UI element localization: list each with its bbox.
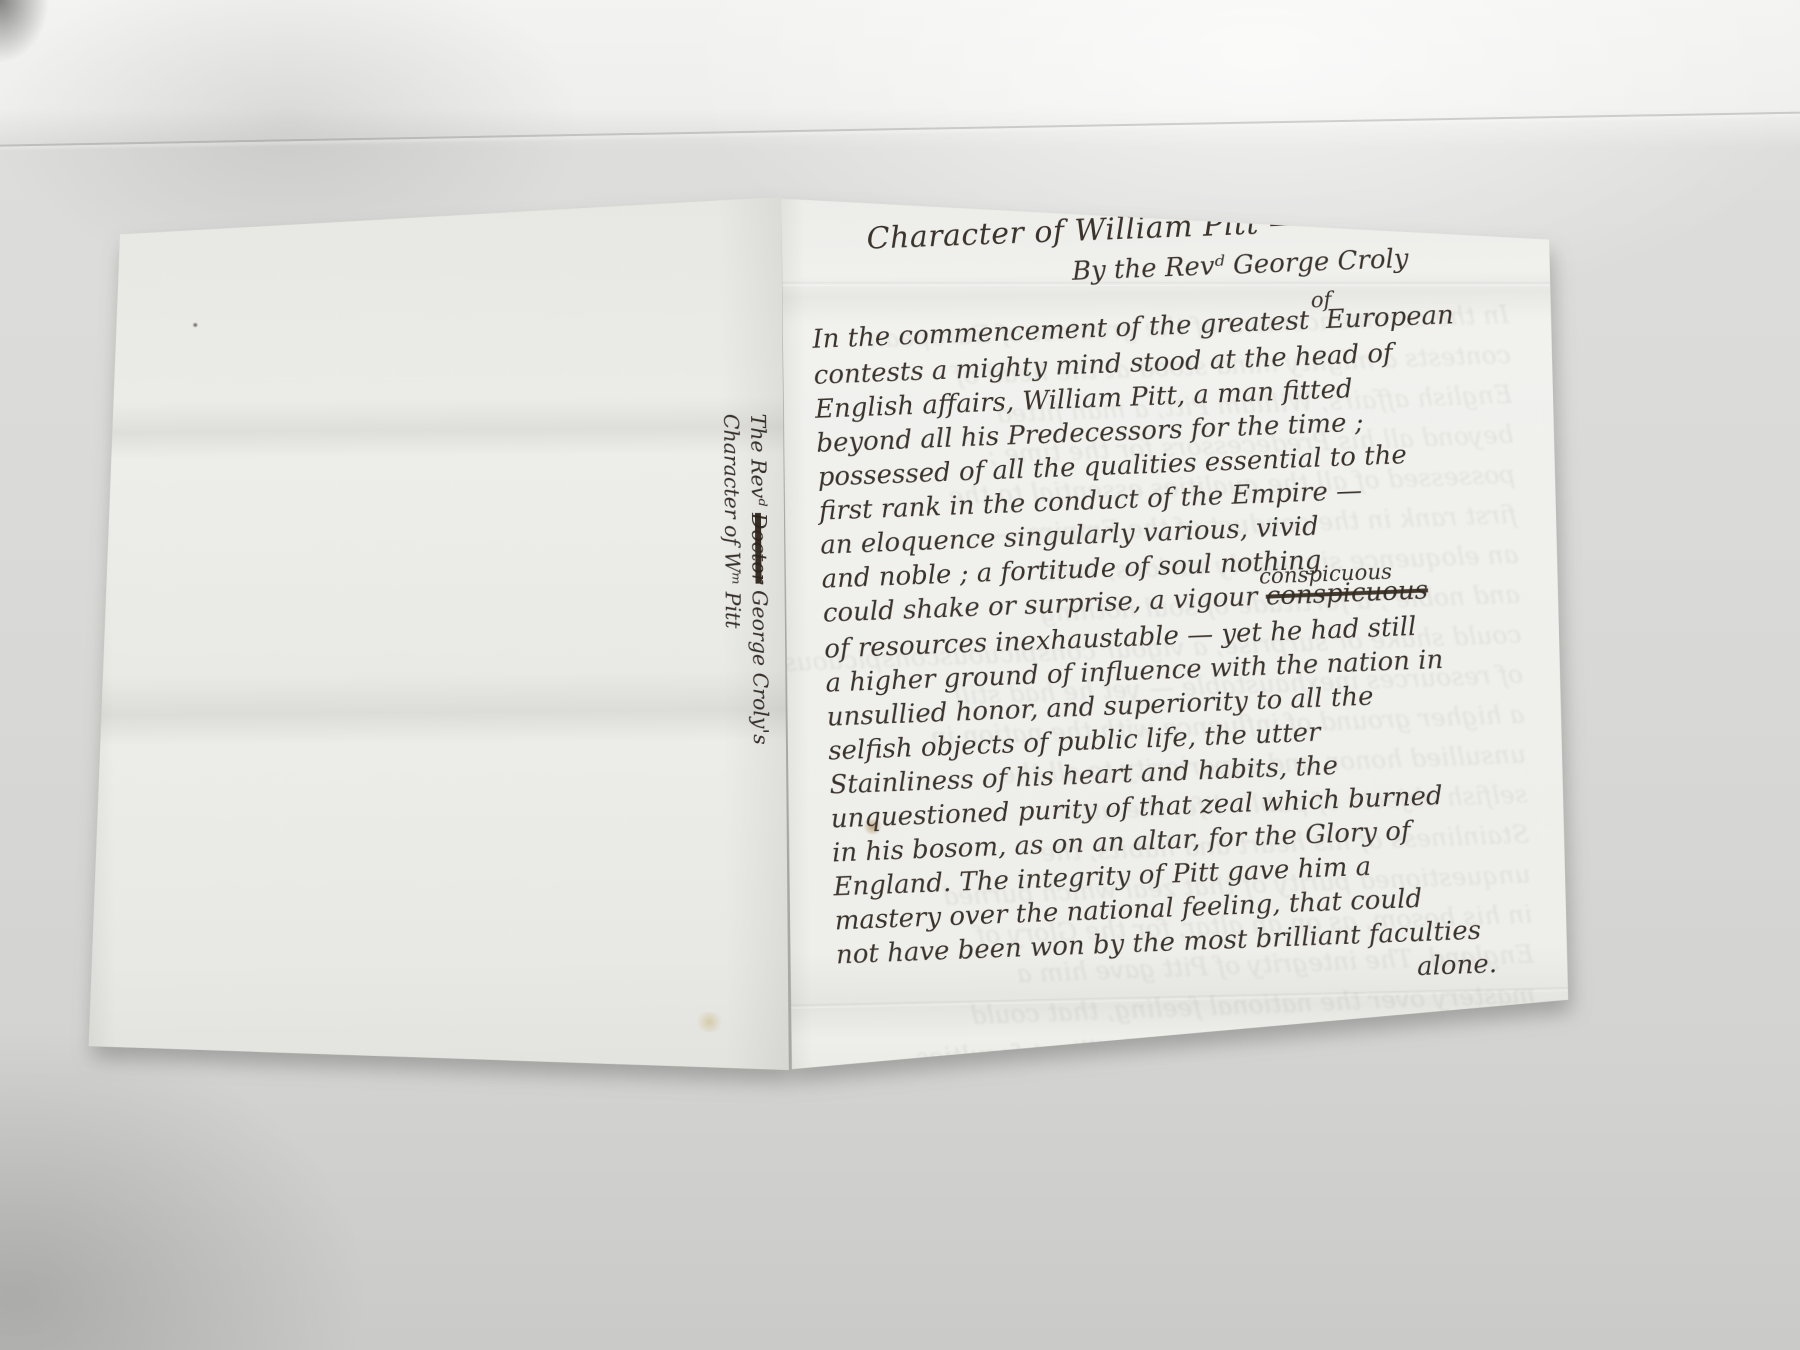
paper-stain xyxy=(694,1012,724,1032)
ink-word: European xyxy=(1317,300,1454,335)
ink-strike-word: Doctor xyxy=(747,513,772,584)
ink-insert-word: conspicuous xyxy=(1258,561,1259,595)
docket-line-title: Character of Wᵐ Pitt xyxy=(717,414,747,720)
ink-word: George Croly's xyxy=(748,583,773,744)
paper-stain xyxy=(192,322,198,327)
background-seam xyxy=(0,111,1800,147)
manuscript-body: In the commencement of the greatest of E… xyxy=(812,295,1554,1006)
letter-written-page: In the commencement of the greatest of E… xyxy=(781,187,1569,1076)
manuscript-text: Character of William Pitt — By the Revᵈ … xyxy=(808,196,1554,1006)
docket-line-author: The Revᵈ Doctor George Croly's xyxy=(744,413,774,719)
manuscript-byline: By the Revᵈ George Croly xyxy=(1071,239,1526,286)
ghost-line: not have been won by the most brilliant … xyxy=(830,1014,1537,1081)
ink-insert-word: of xyxy=(1310,284,1311,318)
docket-endorsement: The Revᵈ Doctor George Croly's Character… xyxy=(717,413,774,719)
unfolded-letter-sheet: The Revᵈ Doctor George Croly's Character… xyxy=(81,187,1569,1082)
ghost-line: alone. xyxy=(832,1054,1539,1086)
photo-background: The Revᵈ Doctor George Croly's Character… xyxy=(0,0,1800,1350)
letter-blank-page: The Revᵈ Doctor George Croly's Character… xyxy=(81,193,789,1081)
ink-word: The Revᵈ xyxy=(746,413,771,513)
